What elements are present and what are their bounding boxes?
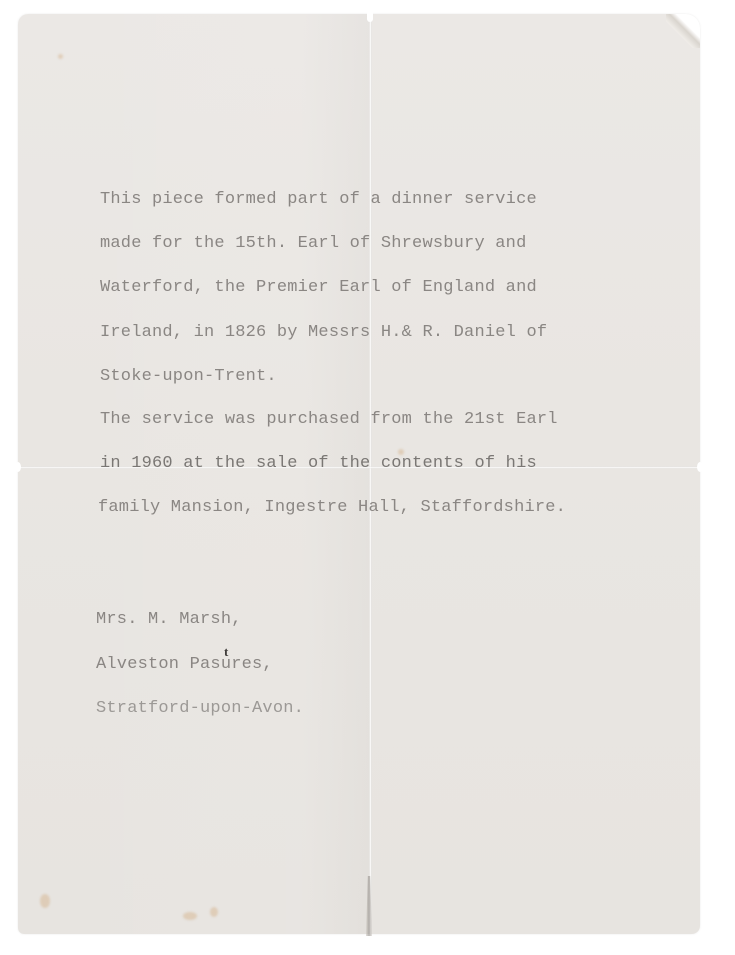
- signature-town: Stratford-upon-Avon.: [96, 699, 304, 719]
- foxing-stain: [40, 894, 50, 908]
- text-line: Stoke-upon-Trent.: [100, 367, 277, 387]
- fold-notch-right: [697, 462, 703, 472]
- foxing-stain: [210, 907, 218, 917]
- text-line: The service was purchased from the 21st …: [100, 410, 558, 430]
- paper-shading: [18, 14, 370, 934]
- text-line: This piece formed part of a dinner servi…: [100, 190, 537, 210]
- curled-corner: [666, 14, 700, 48]
- fold-notch-left: [15, 462, 21, 472]
- text-line: Ireland, in 1826 by Messrs H.& R. Daniel…: [100, 323, 547, 343]
- foxing-stain: [183, 912, 197, 920]
- text-line: family Mansion, Ingestre Hall, Staffords…: [98, 498, 566, 518]
- text-line: in 1960 at the sale of the contents of h…: [100, 454, 537, 474]
- signature-address-line: Alveston Pasures,: [96, 655, 273, 675]
- vertical-fold-crease: [369, 14, 372, 934]
- foxing-stain: [58, 54, 63, 59]
- text-line: Waterford, the Premier Earl of England a…: [100, 278, 537, 298]
- folded-letter-sheet: This piece formed part of a dinner servi…: [18, 14, 700, 934]
- fold-tear-top: [367, 12, 373, 22]
- text-line: made for the 15th. Earl of Shrewsbury an…: [100, 234, 526, 254]
- signature-name: Mrs. M. Marsh,: [96, 610, 242, 630]
